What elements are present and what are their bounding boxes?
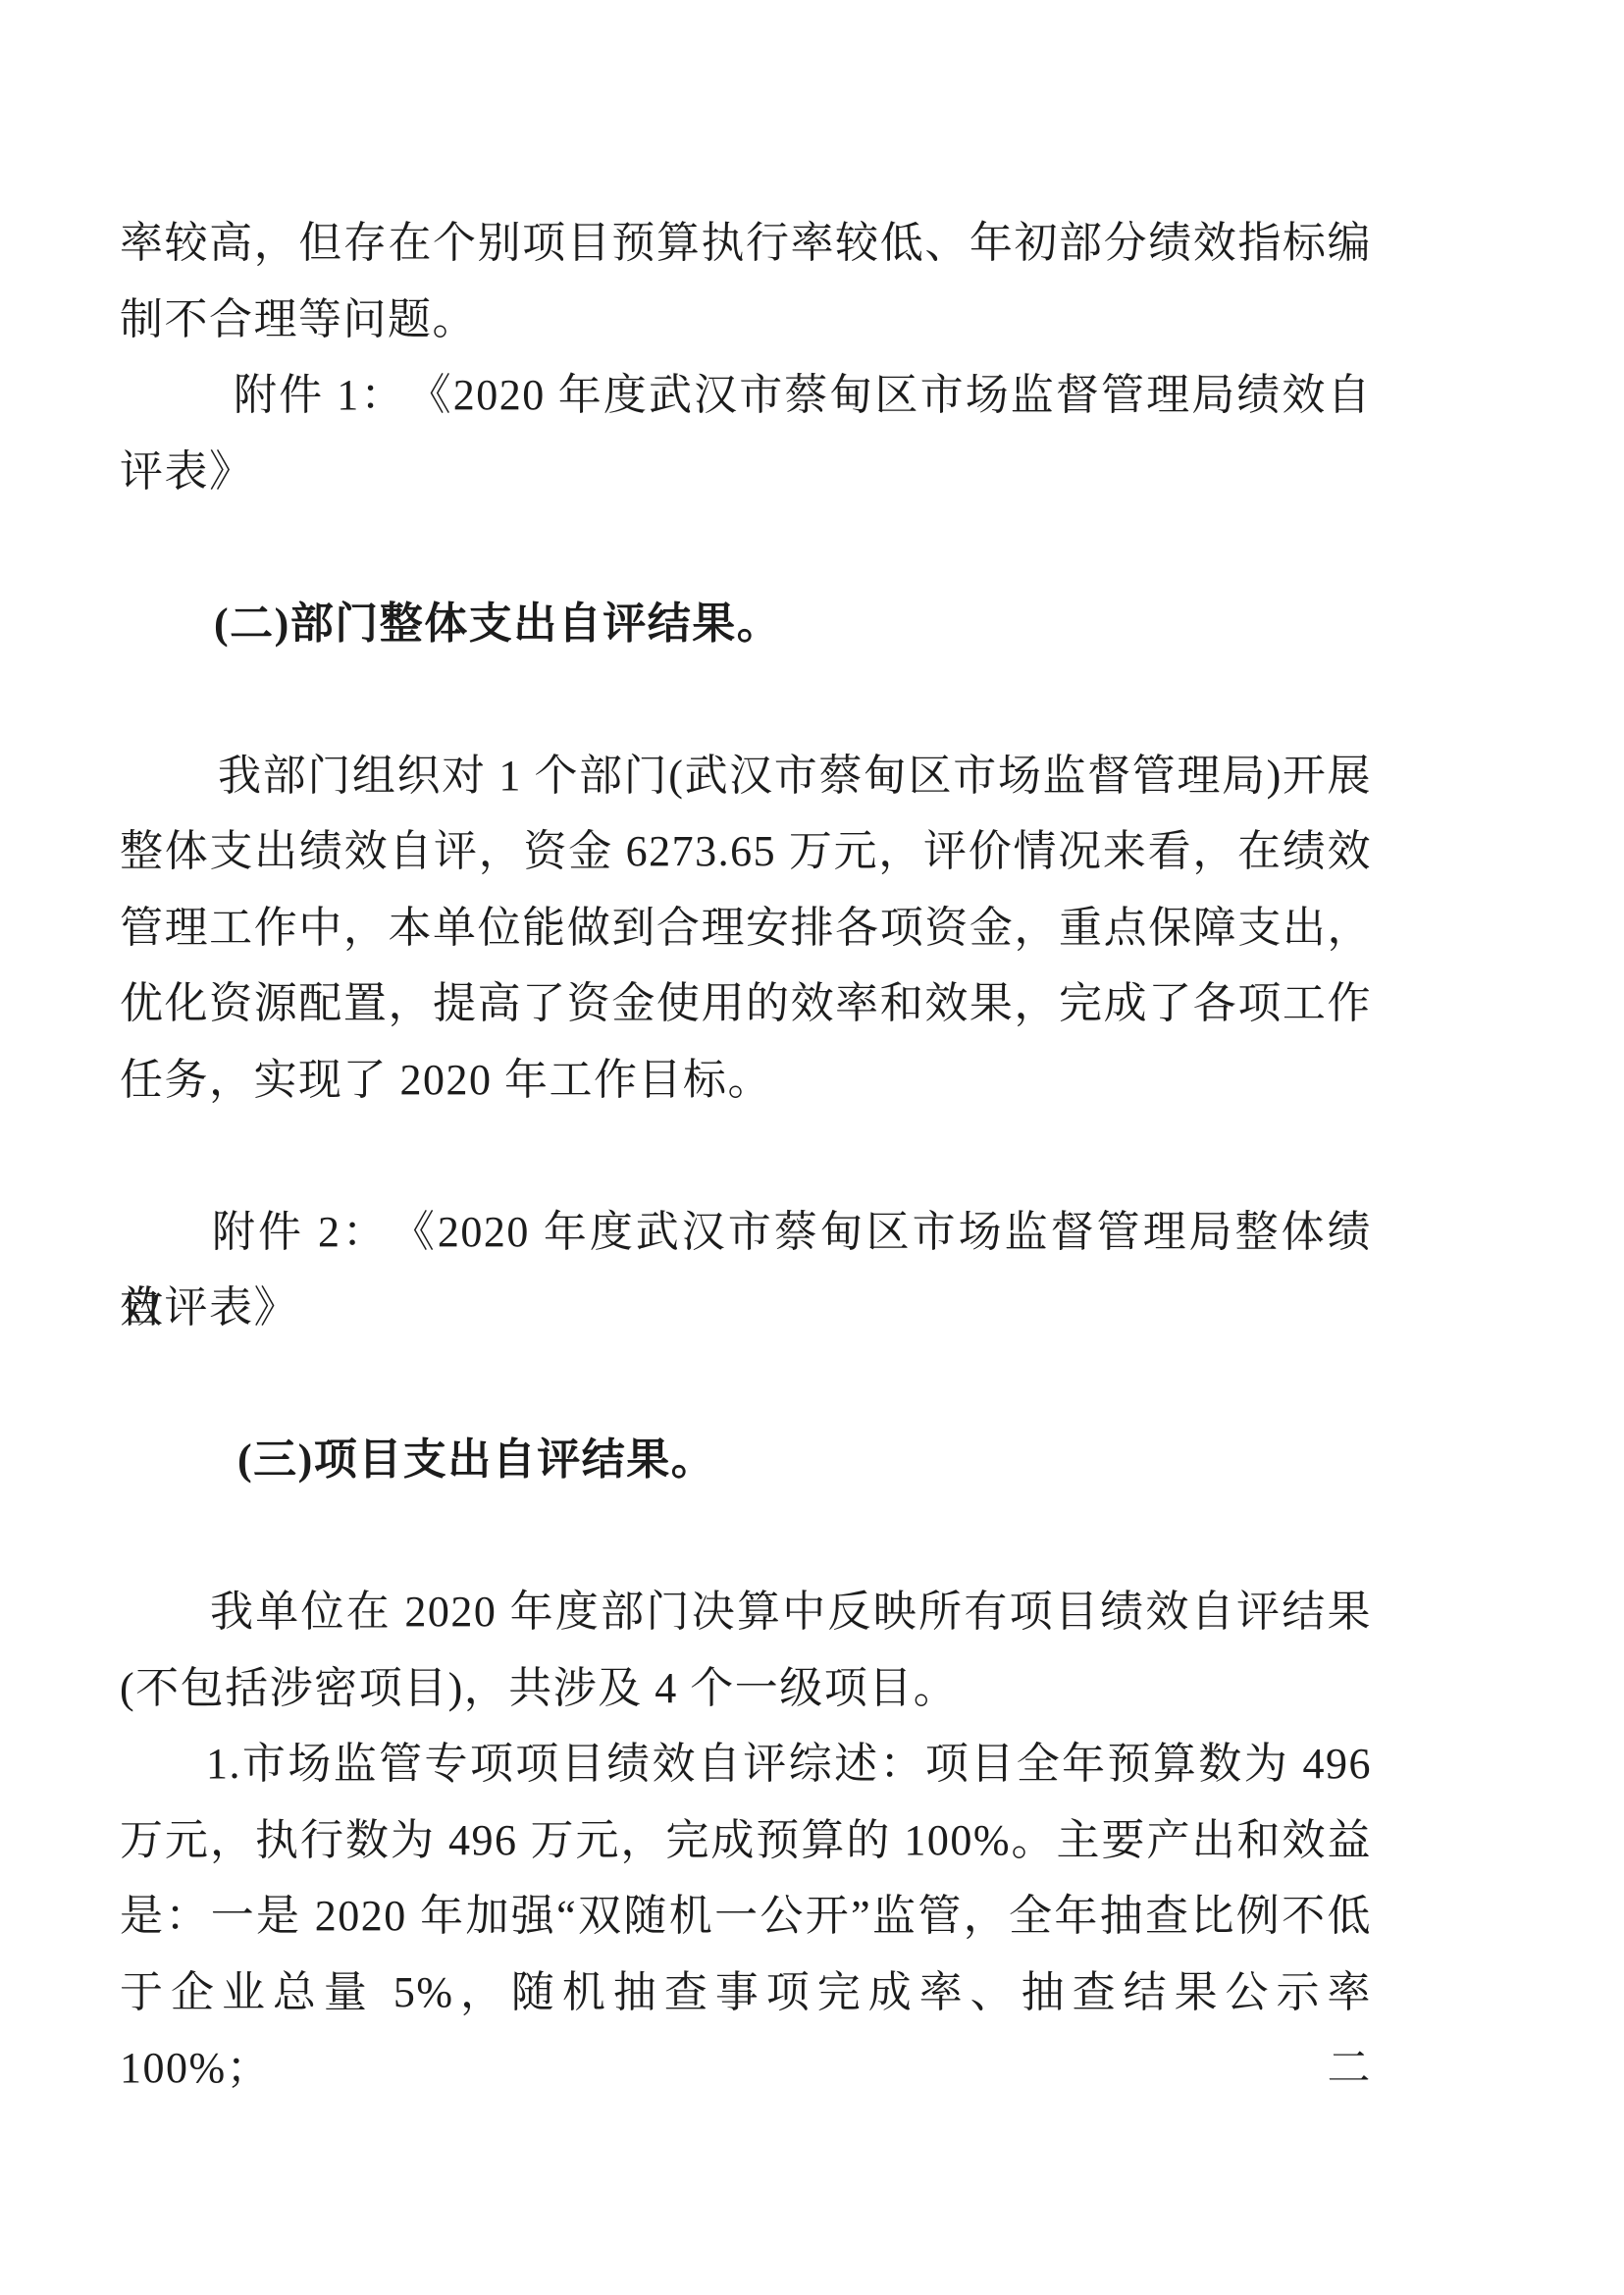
section-heading-3: (三)项目支出自评结果。 [120, 1422, 1372, 1498]
document-text-block: 率较高，但存在个别项目预算执行率较低、年初部分绩效指标编 制不合理等问题。 附件… [120, 205, 1372, 2030]
paragraph-item1-line-1: 1.市场监管专项项目绩效自评综述：项目全年预算数为 496 [120, 1726, 1372, 1802]
paragraph-item1-line-3: 是：一是 2020 年加强“双随机一公开”监管，全年抽查比例不低 [120, 1878, 1372, 1955]
paragraph-dept-line-2: 整体支出绩效自评，资金 6273.65 万元，评价情况来看，在绩效 [120, 813, 1372, 890]
body-line: 制不合理等问题。 [120, 282, 1372, 358]
paragraph-dept-line-3: 管理工作中，本单位能做到合理安排各项资金，重点保障支出， [120, 890, 1372, 966]
paragraph-dept-line-5: 任务，实现了 2020 年工作目标。 [120, 1042, 1372, 1119]
paragraph-dept-line-1: 我部门组织对 1 个部门(武汉市蔡甸区市场监督管理局)开展 [120, 738, 1372, 814]
attachment-2-ref-line-2: 自评表》 [120, 1270, 1372, 1346]
paragraph-proj-line-2: (不包括涉密项目)，共涉及 4 个一级项目。 [120, 1650, 1372, 1727]
blank-line [120, 661, 1372, 738]
paragraph-dept-line-4: 优化资源配置，提高了资金使用的效率和效果，完成了各项工作 [120, 965, 1372, 1042]
blank-line [120, 509, 1372, 586]
blank-line [120, 1118, 1372, 1194]
attachment-2-ref-line-1: 附件 2： 《2020 年度武汉市蔡甸区市场监督管理局整体绩效 [120, 1194, 1372, 1271]
blank-line [120, 1346, 1372, 1423]
section-heading-2: (二)部门整体支出自评结果。 [120, 586, 1372, 662]
document-page: 率较高，但存在个别项目预算执行率较低、年初部分绩效指标编 制不合理等问题。 附件… [0, 0, 1624, 2295]
paragraph-proj-line-1: 我单位在 2020 年度部门决算中反映所有项目绩效自评结果 [120, 1574, 1372, 1650]
blank-line [120, 1498, 1372, 1575]
body-line-overflow: 率较高，但存在个别项目预算执行率较低、年初部分绩效指标编 [120, 205, 1372, 282]
attachment-1-ref-line-1: 附件 1： 《2020 年度武汉市蔡甸区市场监督管理局绩效自 [120, 357, 1372, 434]
paragraph-item1-line-2: 万元，执行数为 496 万元，完成预算的 100%。主要产出和效益 [120, 1802, 1372, 1879]
paragraph-item1-line-4: 于企业总量 5%，随机抽查事项完成率、抽查结果公示率 100%；二 [120, 1955, 1372, 2031]
attachment-1-ref-line-2: 评表》 [120, 434, 1372, 510]
